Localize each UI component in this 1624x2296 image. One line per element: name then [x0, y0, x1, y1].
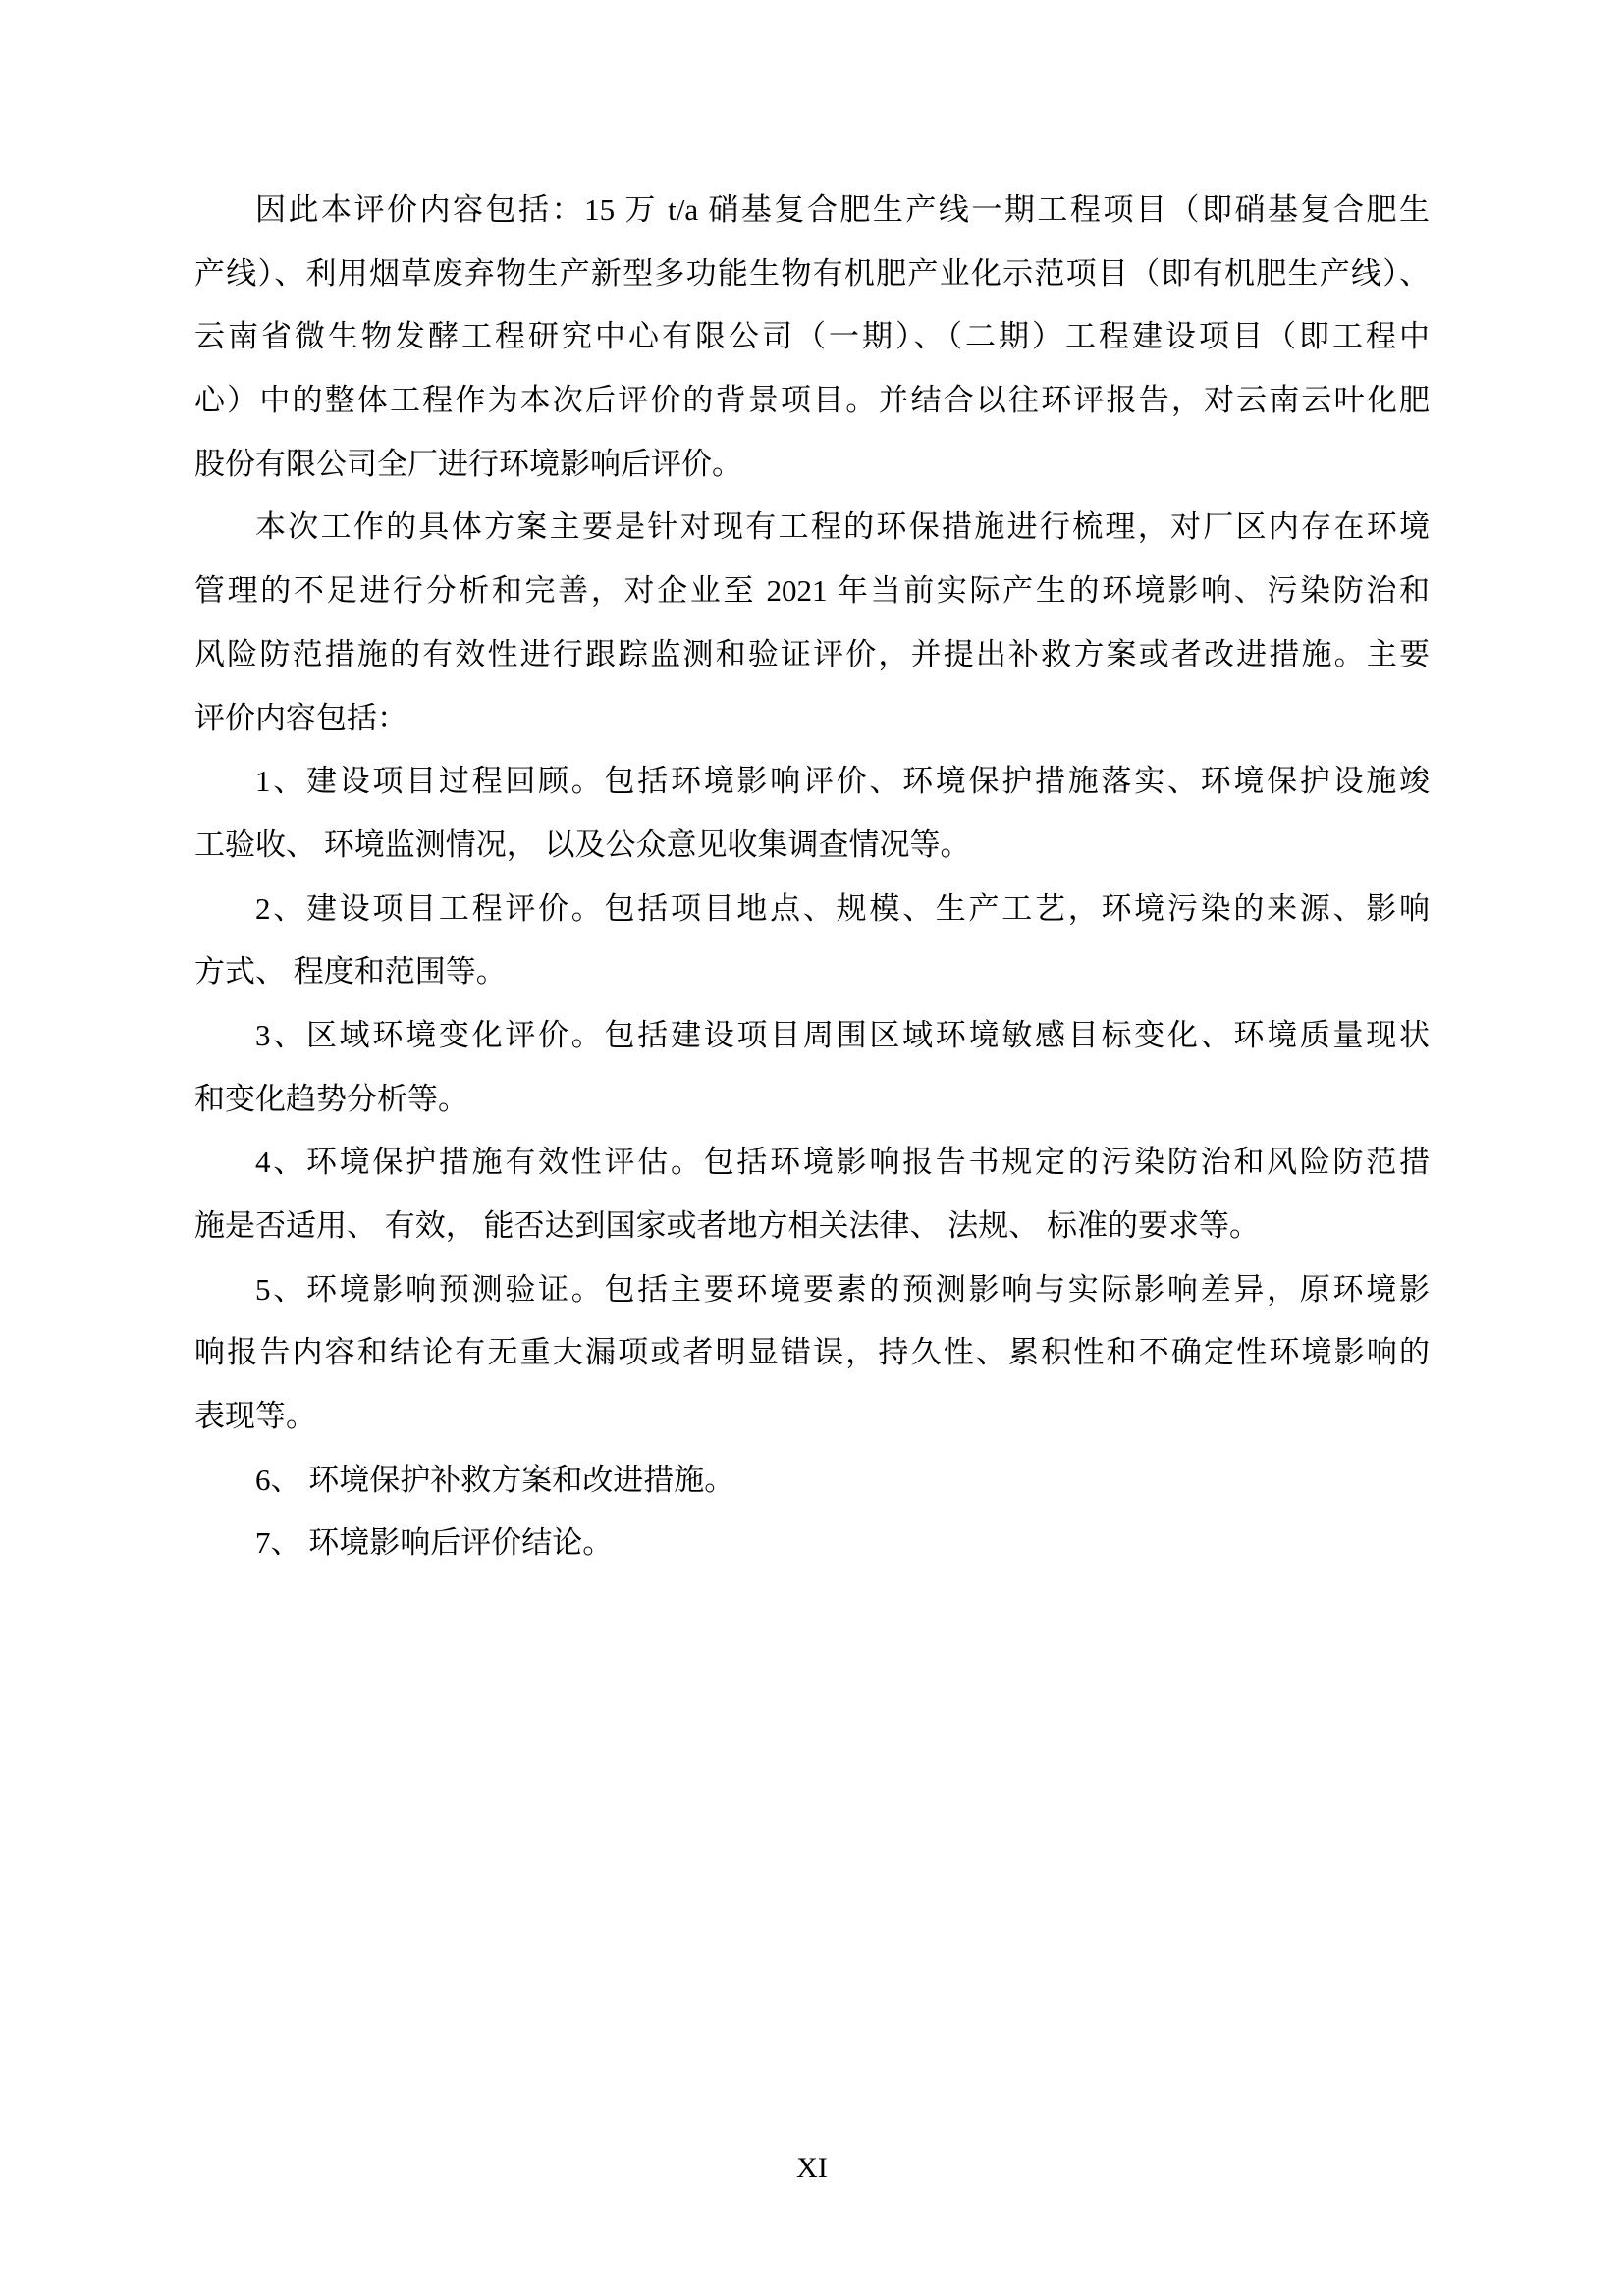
text-line: 6、 环境保护补救方案和改进措施。 [194, 1449, 1430, 1513]
text-line: 心）中的整体工程作为本次后评价的背景项目。并结合以往环评报告，对云南云叶化肥 [194, 369, 1430, 433]
paragraph: 5、环境影响预测验证。包括主要环境要素的预测影响与实际影响差异，原环境影响报告内… [194, 1258, 1430, 1449]
text-line: 工验收、 环境监测情况， 以及公众意见收集调查情况等。 [194, 814, 1430, 878]
document-body: 因此本评价内容包括：15 万 t/a 硝基复合肥生产线一期工程项目（即硝基复合肥… [194, 179, 1430, 1575]
paragraph: 因此本评价内容包括：15 万 t/a 硝基复合肥生产线一期工程项目（即硝基复合肥… [194, 179, 1430, 496]
text-line: 管理的不足进行分析和完善，对企业至 2021 年当前实际产生的环境影响、污染防治… [194, 560, 1430, 623]
text-line: 本次工作的具体方案主要是针对现有工程的环保措施进行梳理，对厂区内存在环境 [194, 496, 1430, 560]
page-footer: XI [0, 2151, 1624, 2186]
text-line: 响报告内容和结论有无重大漏项或者明显错误，持久性、累积性和不确定性环境影响的 [194, 1321, 1430, 1385]
text-line: 5、环境影响预测验证。包括主要环境要素的预测影响与实际影响差异，原环境影 [194, 1258, 1430, 1322]
text-line: 因此本评价内容包括：15 万 t/a 硝基复合肥生产线一期工程项目（即硝基复合肥… [194, 179, 1430, 242]
text-line: 表现等。 [194, 1385, 1430, 1449]
text-line: 7、 环境影响后评价结论。 [194, 1512, 1430, 1575]
text-line: 4、环境保护措施有效性评估。包括环境影响报告书规定的污染防治和风险防范措 [194, 1131, 1430, 1195]
page-number: XI [796, 2152, 828, 2184]
paragraph: 7、 环境影响后评价结论。 [194, 1512, 1430, 1575]
text-line: 3、区域环境变化评价。包括建设项目周围区域环境敏感目标变化、环境质量现状 [194, 1004, 1430, 1068]
document-page: 因此本评价内容包括：15 万 t/a 硝基复合肥生产线一期工程项目（即硝基复合肥… [0, 0, 1624, 2296]
text-line: 云南省微生物发酵工程研究中心有限公司（一期）、（二期）工程建设项目（即工程中 [194, 305, 1430, 369]
paragraph: 1、建设项目过程回顾。包括环境影响评价、环境保护措施落实、环境保护设施竣工验收、… [194, 750, 1430, 877]
text-line: 方式、 程度和范围等。 [194, 940, 1430, 1004]
text-line: 1、建设项目过程回顾。包括环境影响评价、环境保护措施落实、环境保护设施竣 [194, 750, 1430, 814]
paragraph: 本次工作的具体方案主要是针对现有工程的环保措施进行梳理，对厂区内存在环境管理的不… [194, 496, 1430, 750]
paragraph: 6、 环境保护补救方案和改进措施。 [194, 1449, 1430, 1513]
paragraph: 2、建设项目工程评价。包括项目地点、规模、生产工艺，环境污染的来源、影响方式、 … [194, 878, 1430, 1004]
paragraph: 3、区域环境变化评价。包括建设项目周围区域环境敏感目标变化、环境质量现状和变化趋… [194, 1004, 1430, 1131]
text-line: 风险防范措施的有效性进行跟踪监测和验证评价，并提出补救方案或者改进措施。主要 [194, 623, 1430, 687]
paragraph: 4、环境保护措施有效性评估。包括环境影响报告书规定的污染防治和风险防范措施是否适… [194, 1131, 1430, 1257]
text-line: 评价内容包括： [194, 687, 1430, 751]
text-line: 和变化趋势分析等。 [194, 1068, 1430, 1132]
text-line: 股份有限公司全厂进行环境影响后评价。 [194, 433, 1430, 497]
text-line: 2、建设项目工程评价。包括项目地点、规模、生产工艺，环境污染的来源、影响 [194, 878, 1430, 941]
text-line: 产线）、利用烟草废弃物生产新型多功能生物有机肥产业化示范项目（即有机肥生产线）、 [194, 242, 1430, 306]
text-line: 施是否适用、 有效， 能否达到国家或者地方相关法律、 法规、 标准的要求等。 [194, 1195, 1430, 1258]
